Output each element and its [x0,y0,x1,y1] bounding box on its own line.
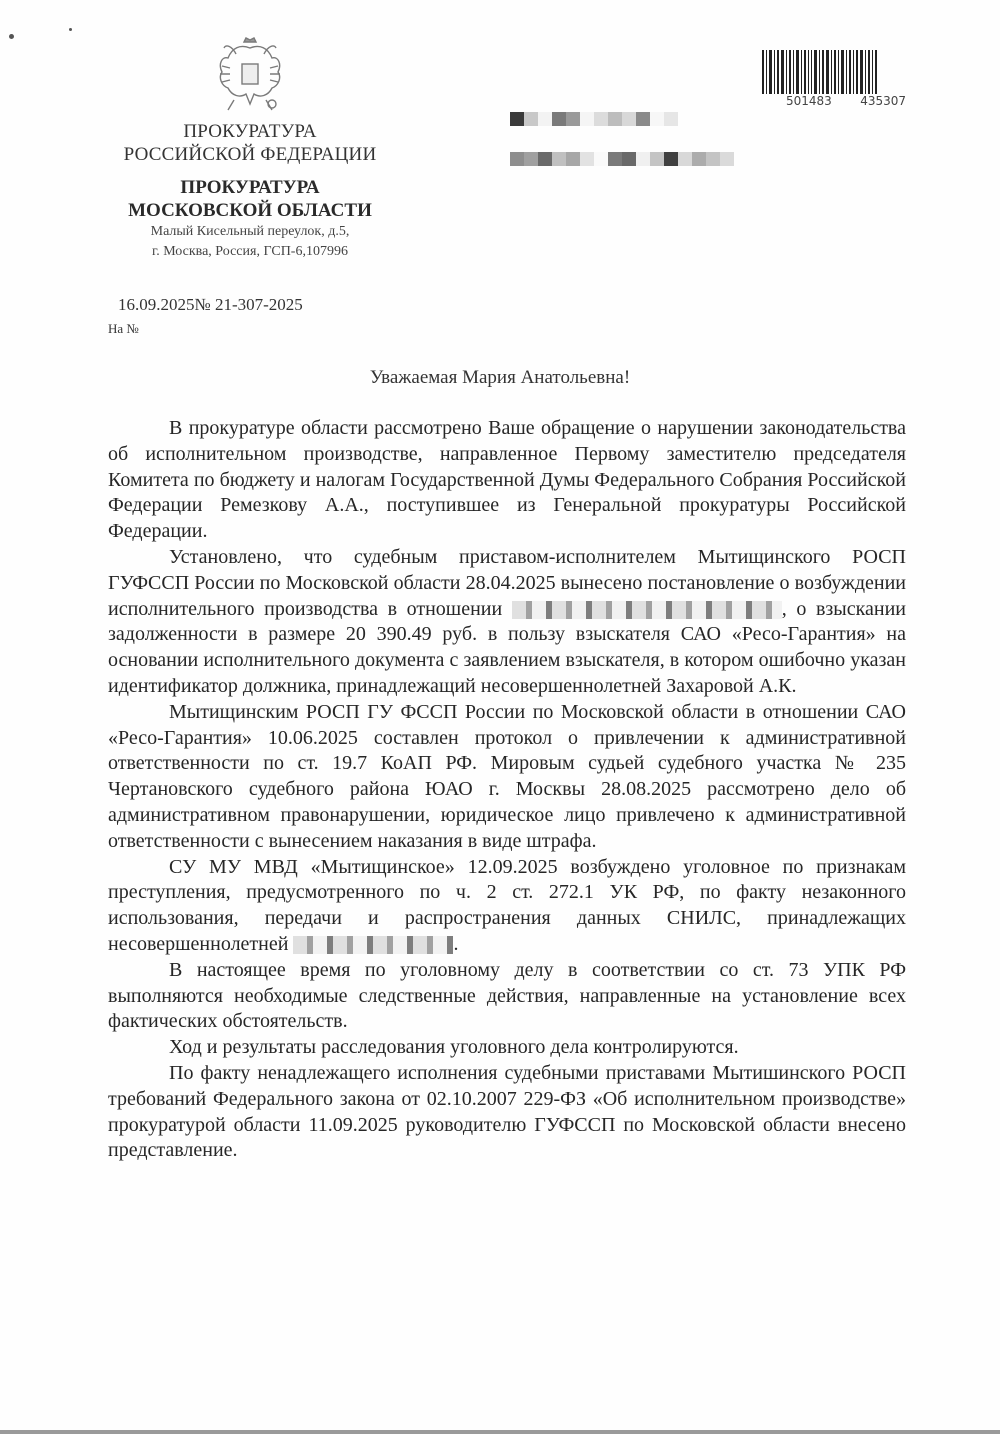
barcode-left-digits: 501483 [786,94,832,108]
address-line2: г. Москва, Россия, ГСП-6,107996 [100,242,400,262]
scanned-letter-page: ПРОКУРАТУРА РОССИЙСКОЙ ФЕДЕРАЦИИ ПРОКУРА… [0,0,1000,1434]
recipient-redacted-line1 [510,112,680,126]
org-name-line1: ПРОКУРАТУРА [100,120,400,143]
reference-number-label: На № [108,321,139,337]
paragraph-1: В прокуратуре области рассмотрено Ваше о… [108,416,906,545]
barcode-bars [762,50,912,94]
debtor-name-redacted [512,601,782,619]
suborg-name-line1: ПРОКУРАТУРА [100,176,400,199]
paragraph-5: В настоящее время по уголовному делу в с… [108,958,906,1035]
scan-speck [9,34,14,39]
paragraph-6: Ход и результаты расследования уголовног… [108,1035,906,1061]
recipient-redacted-line2 [510,152,734,166]
paragraph-3: Мытищинским РОСП ГУ ФССП России по Моско… [108,700,906,855]
barcode-right-digits: 435307 [860,94,906,108]
barcode: 501483 435307 [762,50,912,110]
scan-speck [69,28,72,31]
paragraph-2: Установлено, что судебным приставом-испо… [108,545,906,700]
scan-bottom-edge [0,1430,1000,1434]
letterhead: ПРОКУРАТУРА РОССИЙСКОЙ ФЕДЕРАЦИИ ПРОКУРА… [100,34,400,262]
registration-date-number: 16.09.2025№ 21-307-2025 [118,295,303,315]
salutation: Уважаемая Мария Анатольевна! [0,367,1000,389]
minor-name-redacted [293,936,453,954]
paragraph-7: По факту ненадлежащего исполнения судебн… [108,1061,906,1164]
suborg-name-line2: МОСКОВСКОЙ ОБЛАСТИ [100,199,400,222]
paragraph-4: СУ МУ МВД «Мытищинское» 12.09.2025 возбу… [108,855,906,958]
address-line1: Малый Кисельный переулок, д.5, [100,222,400,242]
letter-body: В прокуратуре области рассмотрено Ваше о… [108,416,906,1164]
coat-of-arms-icon [210,34,290,116]
org-name-line2: РОССИЙСКОЙ ФЕДЕРАЦИИ [100,143,400,166]
